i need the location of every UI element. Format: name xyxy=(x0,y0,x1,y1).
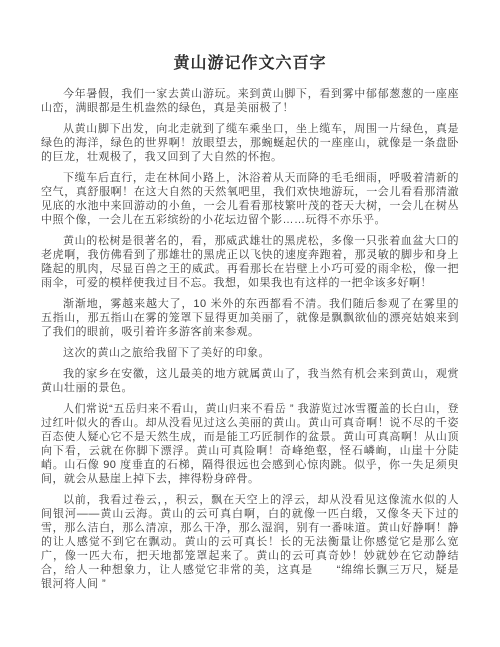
paragraph-forest-path: 下缆车后直行，走在林间小路上，沐浴着从天而降的毛毛细雨，呼吸着清新的空气，真舒服… xyxy=(41,171,459,227)
essay-body: 今年暑假，我们一家去黄山游玩。来到黄山脚下，看到雾中郁郁葱葱的一座座山峦，满眼都… xyxy=(41,87,459,591)
paragraph-cloud-sea: 以前，我看过卷云，，积云，飘在天空上的浮云，却从没看见这像流水似的人间银河——黄… xyxy=(41,493,459,591)
paragraph-impression: 这次的黄山之旅给我留下了美好的印象。 xyxy=(41,346,459,360)
paragraph-cable-car: 从黄山脚下出发，向北走就到了缆车乘坐口，坐上缆车，周围一片绿色，真是绿色的海洋，… xyxy=(41,122,459,164)
paragraph-fog-wuzhishan: 渐渐地，雾越来越大了，10 米外的东西都看不清。我们随后参观了在雾里的五指山，那… xyxy=(41,297,459,339)
page-title: 黄山游记作文六百字 xyxy=(41,54,459,74)
paragraph-hometown: 我的家乡在安徽，这儿最美的地方就属黄山了，我当然有机会来到黄山，观赏黄山壮丽的景… xyxy=(41,367,459,395)
document-page: 黄山游记作文六百字 今年暑假，我们一家去黄山游玩。来到黄山脚下，看到雾中郁郁葱葱… xyxy=(0,0,500,647)
paragraph-intro: 今年暑假，我们一家去黄山游玩。来到黄山脚下，看到雾中郁郁葱葱的一座座山峦，满眼都… xyxy=(41,87,459,115)
paragraph-five-mountains: 人们常说“五岳归来不看山，黄山归来不看岳 ” 我游览过冰雪覆盖的长白山，登过红叶… xyxy=(41,402,459,486)
paragraph-pine-trees: 黄山的松树是很著名的，看，那威武雄壮的黑虎松，多像一只张着血盆大口的老虎啊，我仿… xyxy=(41,234,459,290)
